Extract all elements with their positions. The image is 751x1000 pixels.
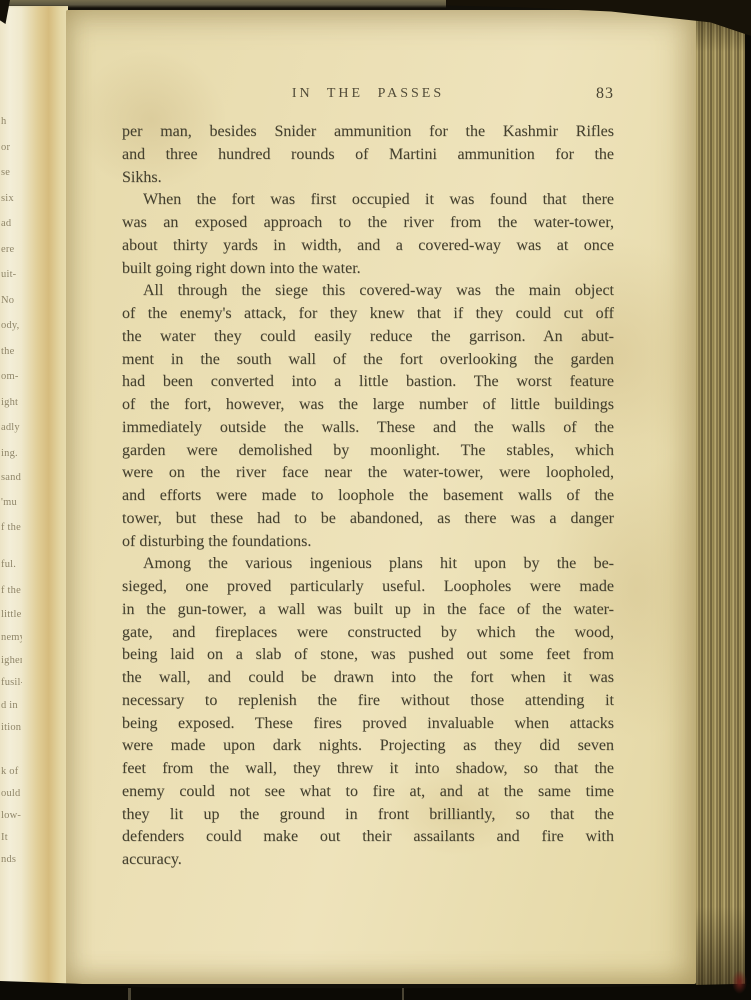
text-line: of disturbing the foundations. (122, 531, 614, 554)
facing-page-text-fragment: six (1, 193, 14, 204)
text-block: per man, besides Snider ammunition for t… (122, 121, 614, 872)
scanner-background-right (745, 0, 751, 1000)
cradle-mark (402, 988, 404, 1000)
text-line: Sikhs. (122, 167, 614, 190)
facing-page-text-fragment: ad (1, 218, 11, 229)
facing-page-text-fragment: ful. (1, 559, 16, 570)
cradle-mark (128, 988, 131, 1000)
facing-page-text-fragment: ody, (1, 320, 20, 331)
facing-page-text-fragment: fusil- (1, 677, 22, 688)
text-line: per man, besides Snider ammunition for t… (122, 121, 614, 144)
facing-page-text-fragment: ing. (1, 448, 18, 459)
text-line: the wall, and could be drawn into the fo… (122, 667, 614, 690)
red-stain (732, 970, 747, 994)
paragraph: All through the siege this covered-way w… (122, 280, 614, 553)
text-line: the water they could easily reduce the g… (122, 326, 614, 349)
text-line: were made upon dark nights. Projecting a… (122, 735, 614, 758)
text-line: and three hundred rounds of Martini ammu… (122, 144, 614, 167)
text-line: When the fort was first occupied it was … (122, 189, 614, 212)
text-line: built going right down into the water. (122, 258, 614, 281)
text-line: sieged, one proved particularly useful. … (122, 576, 614, 599)
text-line: in the gun-tower, a wall was built up in… (122, 599, 614, 622)
text-line: accuracy. (122, 849, 614, 872)
running-header: IN THE PASSES 83 (122, 86, 614, 106)
facing-page-text-fragment: ould (1, 788, 20, 799)
facing-page-strip: horsesixadereuit-Noody,theom-ightadlying… (0, 6, 22, 984)
text-line: tower, but these had to be abandoned, as… (122, 508, 614, 531)
book-page: IN THE PASSES 83 per man, besides Snider… (66, 10, 696, 984)
facing-page-text-fragment: the (1, 346, 14, 357)
facing-page-text-fragment: ere (1, 244, 14, 255)
text-line: gate, and fireplaces were constructed by… (122, 622, 614, 645)
facing-page-text-fragment: d in (1, 700, 18, 711)
text-line: of the fort, however, was the large numb… (122, 394, 614, 417)
text-line: immediately outside the walls. These and… (122, 417, 614, 440)
text-line: had been converted into a little bastion… (122, 371, 614, 394)
text-line: being laid on a slab of stone, was pushe… (122, 644, 614, 667)
gutter-shadow (22, 6, 68, 984)
paragraph: When the fort was first occupied it was … (122, 189, 614, 280)
text-line: being exposed. These fires proved invalu… (122, 713, 614, 736)
facing-page-text-fragment: No (1, 295, 14, 306)
facing-page-text-fragment: nemy (1, 632, 22, 643)
facing-page-text-fragment: or (1, 142, 10, 153)
text-line: necessary to replenish the fire without … (122, 690, 614, 713)
facing-page-text-fragment: little (1, 609, 21, 620)
page-top-edge (6, 0, 446, 8)
text-line: All through the siege this covered-way w… (122, 280, 614, 303)
facing-page-text-fragment: h (1, 116, 6, 127)
text-line: defenders could make out their assailant… (122, 826, 614, 849)
facing-page-text-fragment: igher (1, 655, 22, 666)
text-line: and efforts were made to loophole the ba… (122, 485, 614, 508)
text-line: were on the river face near the water-to… (122, 462, 614, 485)
text-line: feet from the wall, they threw it into s… (122, 758, 614, 781)
facing-page-text-fragment: se (1, 167, 10, 178)
facing-page-text-fragment: om- (1, 371, 19, 382)
facing-page-text-fragment: It (1, 832, 8, 843)
facing-page-text-fragment: f the (1, 522, 21, 533)
text-line: they lit up the ground in front brillian… (122, 804, 614, 827)
text-line: garden were demolished by moonlight. The… (122, 440, 614, 463)
text-line: of the enemy's attack, for they knew tha… (122, 303, 614, 326)
paragraph: Among the various ingenious plans hit up… (122, 553, 614, 872)
text-line: was an exposed approach to the river fro… (122, 212, 614, 235)
running-header-title: IN THE PASSES (122, 86, 614, 102)
facing-page-text-fragment: f the (1, 585, 21, 596)
facing-page-text-fragment: k of (1, 766, 18, 777)
facing-page-text-fragment: uit- (1, 269, 16, 280)
text-line: enemy could not see what to fire at, and… (122, 781, 614, 804)
facing-page-text-fragment: low- (1, 810, 21, 821)
paragraph: per man, besides Snider ammunition for t… (122, 121, 614, 189)
facing-page-text-fragment: ight (1, 397, 18, 408)
text-line: Among the various ingenious plans hit up… (122, 553, 614, 576)
text-line: ment in the south wall of the fort overl… (122, 349, 614, 372)
facing-page-text-fragment: adly (1, 422, 20, 433)
page-edges (696, 3, 746, 985)
text-line: about thirty yards in width, and a cover… (122, 235, 614, 258)
facing-page-text-fragment: sand (1, 472, 21, 483)
page-number: 83 (596, 85, 614, 103)
facing-page-text-fragment: nds (1, 854, 16, 865)
book-scan: horsesixadereuit-Noody,theom-ightadlying… (0, 0, 751, 1000)
facing-page-text-fragment: ition (1, 722, 21, 733)
facing-page-text-fragment: 'mu (1, 497, 17, 508)
